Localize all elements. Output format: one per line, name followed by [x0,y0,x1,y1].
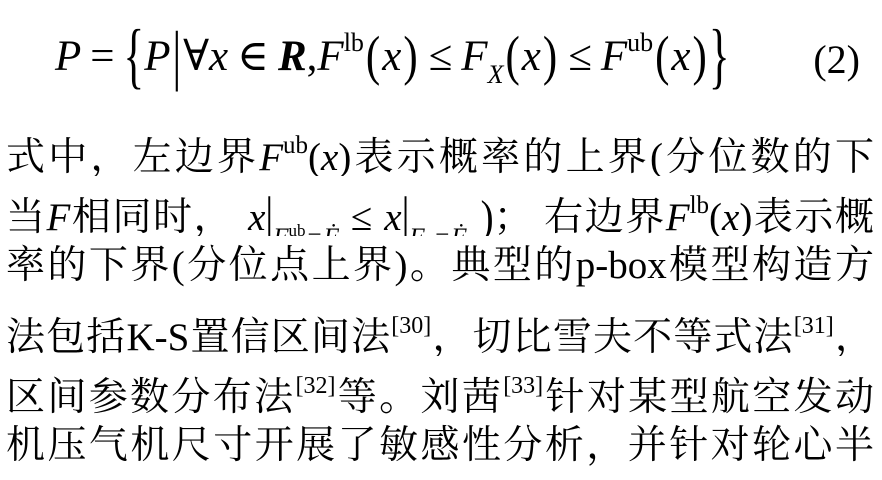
cjk-text: 右边界 [543,196,666,236]
math-var-fdot: Ḟ [451,224,466,236]
math-var: P [55,33,81,80]
body-paragraph: 式中，左边界Fub(x)表示概率的上界(分位数的下界， 当F相同时，x|Fub=… [0,114,882,476]
leq-symbol: ≤ [429,33,453,80]
math-subscript-condition: Fn=Ḟ [409,224,466,236]
cjk-text: 区间参数分布法 [6,376,295,416]
citation-ref: [31] [794,313,834,339]
superscript-ub: ub [288,221,305,236]
left-paren: ( [366,25,380,88]
cjk-text: 针对某型航空发动 [543,376,874,416]
citation-ref: [32] [295,373,335,399]
math-var: x [384,196,401,236]
math-var: x [722,196,739,236]
superscript-lb: lb [690,192,709,219]
cjk-text: 率的下界(分位点上界)。典型的 [6,244,576,287]
math-var: x [671,33,690,80]
latin-term: p-box [576,244,667,287]
paragraph-line: 率的下界(分位点上界)。典型的p-box模型构造方 [6,236,874,296]
equation: P={P|∀x∈R,Flb(x)≤FX(x)≤Fub(x)} [55,28,729,90]
cjk-text: 式中，左边界 [6,136,259,176]
equation-number: (2) [813,36,860,83]
math-var: F [409,224,424,236]
right-paren: ) [338,136,351,176]
math-var: F [666,196,690,236]
right-paren: ) [481,182,494,236]
leq-symbol: ≤ [351,196,372,236]
superscript-ub: ub [283,132,308,159]
semicolon: ； [494,196,533,236]
citation-ref: [33] [503,373,543,399]
paragraph-line: 机压气机尺寸开展了敏感性分析，并针对轮心半 [6,416,874,476]
leq-symbol: ≤ [568,33,592,80]
left-paren: ( [505,25,519,88]
forall-symbol: ∀ [183,33,209,80]
vertical-bar: | [172,19,181,95]
cjk-text: ， [834,316,874,356]
equals-sign: = [307,224,321,236]
equals-sign: = [435,224,449,236]
math-subscript-condition: Fub=Ḟ [273,224,339,236]
paragraph-line: 式中，左边界Fub(x)表示概率的上界(分位数的下界， [6,116,874,176]
math-var: x [248,196,265,236]
citation-ref: [30] [391,313,431,339]
paragraph-line: 区间参数分布法[32]等。刘茜[33]针对某型航空发动 [6,356,874,416]
cjk-text: 相同时， [70,196,234,236]
cjk-text: 等。刘茜 [335,376,503,416]
cjk-text: 模型构造方 [667,244,874,287]
equation-block: P={P|∀x∈R,Flb(x)≤FX(x)≤Fub(x)} (2) [0,0,882,114]
math-var: x [522,33,541,80]
left-paren: ( [308,136,321,176]
right-paren: ) [693,25,707,88]
latin-term: K-S [126,316,189,356]
left-brace: { [124,15,145,98]
left-paren: ( [709,196,722,236]
math-var: F [259,136,283,176]
math-var: F [601,33,627,80]
math-var: F [317,33,343,80]
cjk-text: 表示概 [752,196,874,236]
paragraph-line: 法包括K-S置信区间法[30]，切比雪夫不等式法[31]， [6,296,874,356]
cjk-text: 切比雪夫不等式法 [473,316,794,356]
superscript-ub: ub [627,28,653,57]
cjk-text: 机压气机尺寸开展了敏感性分析，并针对轮心半 [6,424,874,467]
cjk-text: 置信区间法 [189,316,391,356]
cjk-text: ， [431,316,472,356]
paper-page: P={P|∀x∈R,Flb(x)≤FX(x)≤Fub(x)} (2) 式中，左边… [0,0,882,480]
cjk-text: 当 [6,196,47,236]
math-var: F [47,196,71,236]
math-var: F [273,224,288,236]
vertical-bar: | [402,176,410,236]
comma: , [307,33,318,80]
math-var-fdot: Ḟ [324,224,339,236]
right-brace: } [709,15,730,98]
math-var: F [461,33,487,80]
equals-sign: = [90,33,114,80]
math-var: x [382,33,401,80]
right-paren: ) [543,25,557,88]
math-var: P [144,33,170,80]
right-paren: ) [739,196,752,236]
superscript-lb: lb [344,28,364,57]
subscript-X: X [488,60,504,89]
math-var: x [321,136,338,176]
right-paren: ) [403,25,417,88]
vertical-bar: | [265,176,273,236]
cjk-text: 法包括 [6,316,126,356]
reals-symbol: R [278,33,307,80]
paragraph-line: 当F相同时，x|Fub=Ḟ≤x|Fn=Ḟ)；右边界Flb(x)表示概 [6,176,874,236]
left-paren: ( [655,25,669,88]
math-var: x [209,33,228,80]
element-of-symbol: ∈ [237,33,269,80]
